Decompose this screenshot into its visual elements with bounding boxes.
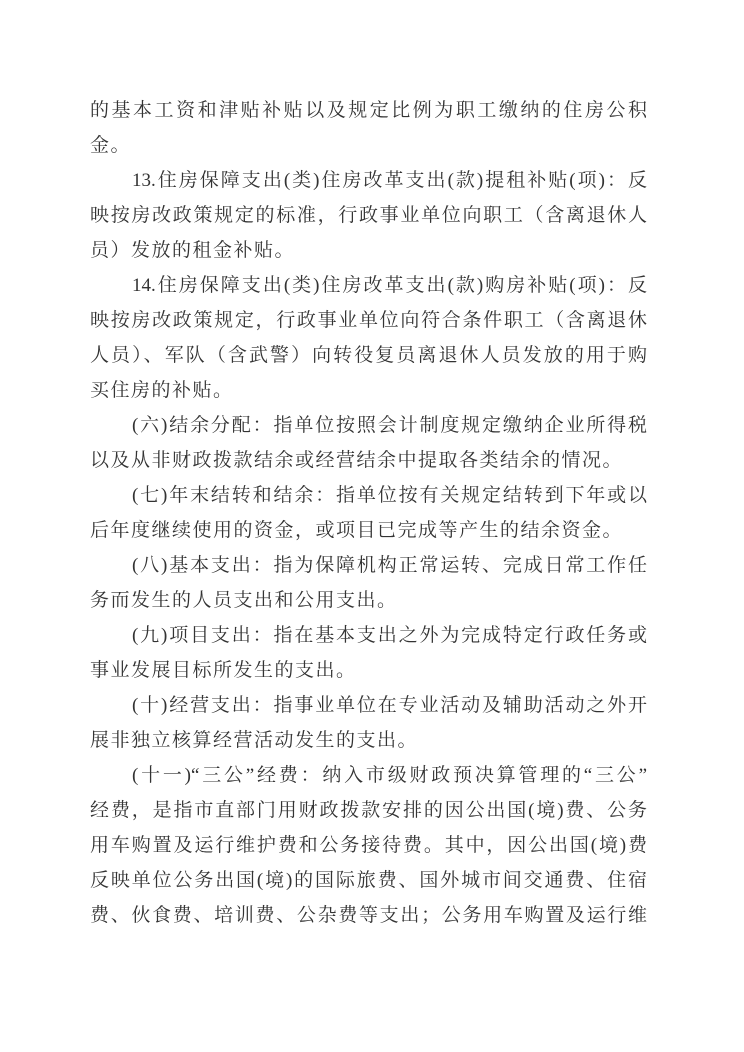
text-line: 反映单位公务出国(境)的国际旅费、国外城市间交通费、住宿 — [90, 863, 647, 898]
text-line: (九)项目支出：指在基本支出之外为完成特定行政任务或 — [90, 618, 647, 653]
text-line: 经费，是指市直部门用财政拨款安排的因公出国(境)费、公务 — [90, 793, 647, 828]
text-line: (七)年末结转和结余：指单位按有关规定结转到下年或以 — [90, 478, 647, 513]
text-line: (十一)“三公”经费：纳入市级财政预决算管理的“三公” — [90, 758, 647, 793]
text-line: 事业发展目标所发生的支出。 — [90, 653, 647, 688]
text-line: 买住房的补贴。 — [90, 373, 647, 408]
text-line: 以及从非财政拨款结余或经营结余中提取各类结余的情况。 — [90, 443, 647, 478]
text-line: 14.住房保障支出(类)住房改革支出(款)购房补贴(项)：反 — [90, 268, 647, 303]
document-body: 的基本工资和津贴补贴以及规定比例为职工缴纳的住房公积金。13.住房保障支出(类)… — [90, 93, 647, 933]
text-line: 费、伙食费、培训费、公杂费等支出；公务用车购置及运行维 — [90, 898, 647, 933]
text-line: 的基本工资和津贴补贴以及规定比例为职工缴纳的住房公积 — [90, 93, 647, 128]
text-line: 映按房改政策规定，行政事业单位向符合条件职工（含离退休 — [90, 303, 647, 338]
text-line: (六)结余分配：指单位按照会计制度规定缴纳企业所得税 — [90, 408, 647, 443]
text-line: (十)经营支出：指事业单位在专业活动及辅助活动之外开 — [90, 688, 647, 723]
text-line: 后年度继续使用的资金，或项目已完成等产生的结余资金。 — [90, 513, 647, 548]
text-line: 13.住房保障支出(类)住房改革支出(款)提租补贴(项)：反 — [90, 163, 647, 198]
text-line: (八)基本支出：指为保障机构正常运转、完成日常工作任 — [90, 548, 647, 583]
text-line: 人员）、军队（含武警）向转役复员离退休人员发放的用于购 — [90, 338, 647, 373]
document-page: 的基本工资和津贴补贴以及规定比例为职工缴纳的住房公积金。13.住房保障支出(类)… — [0, 0, 744, 1052]
text-line: 务而发生的人员支出和公用支出。 — [90, 583, 647, 618]
text-line: 用车购置及运行维护费和公务接待费。其中，因公出国(境)费 — [90, 828, 647, 863]
text-line: 员）发放的租金补贴。 — [90, 233, 647, 268]
text-line: 展非独立核算经营活动发生的支出。 — [90, 723, 647, 758]
text-line: 金。 — [90, 128, 647, 163]
text-line: 映按房改政策规定的标准，行政事业单位向职工（含离退休人 — [90, 198, 647, 233]
